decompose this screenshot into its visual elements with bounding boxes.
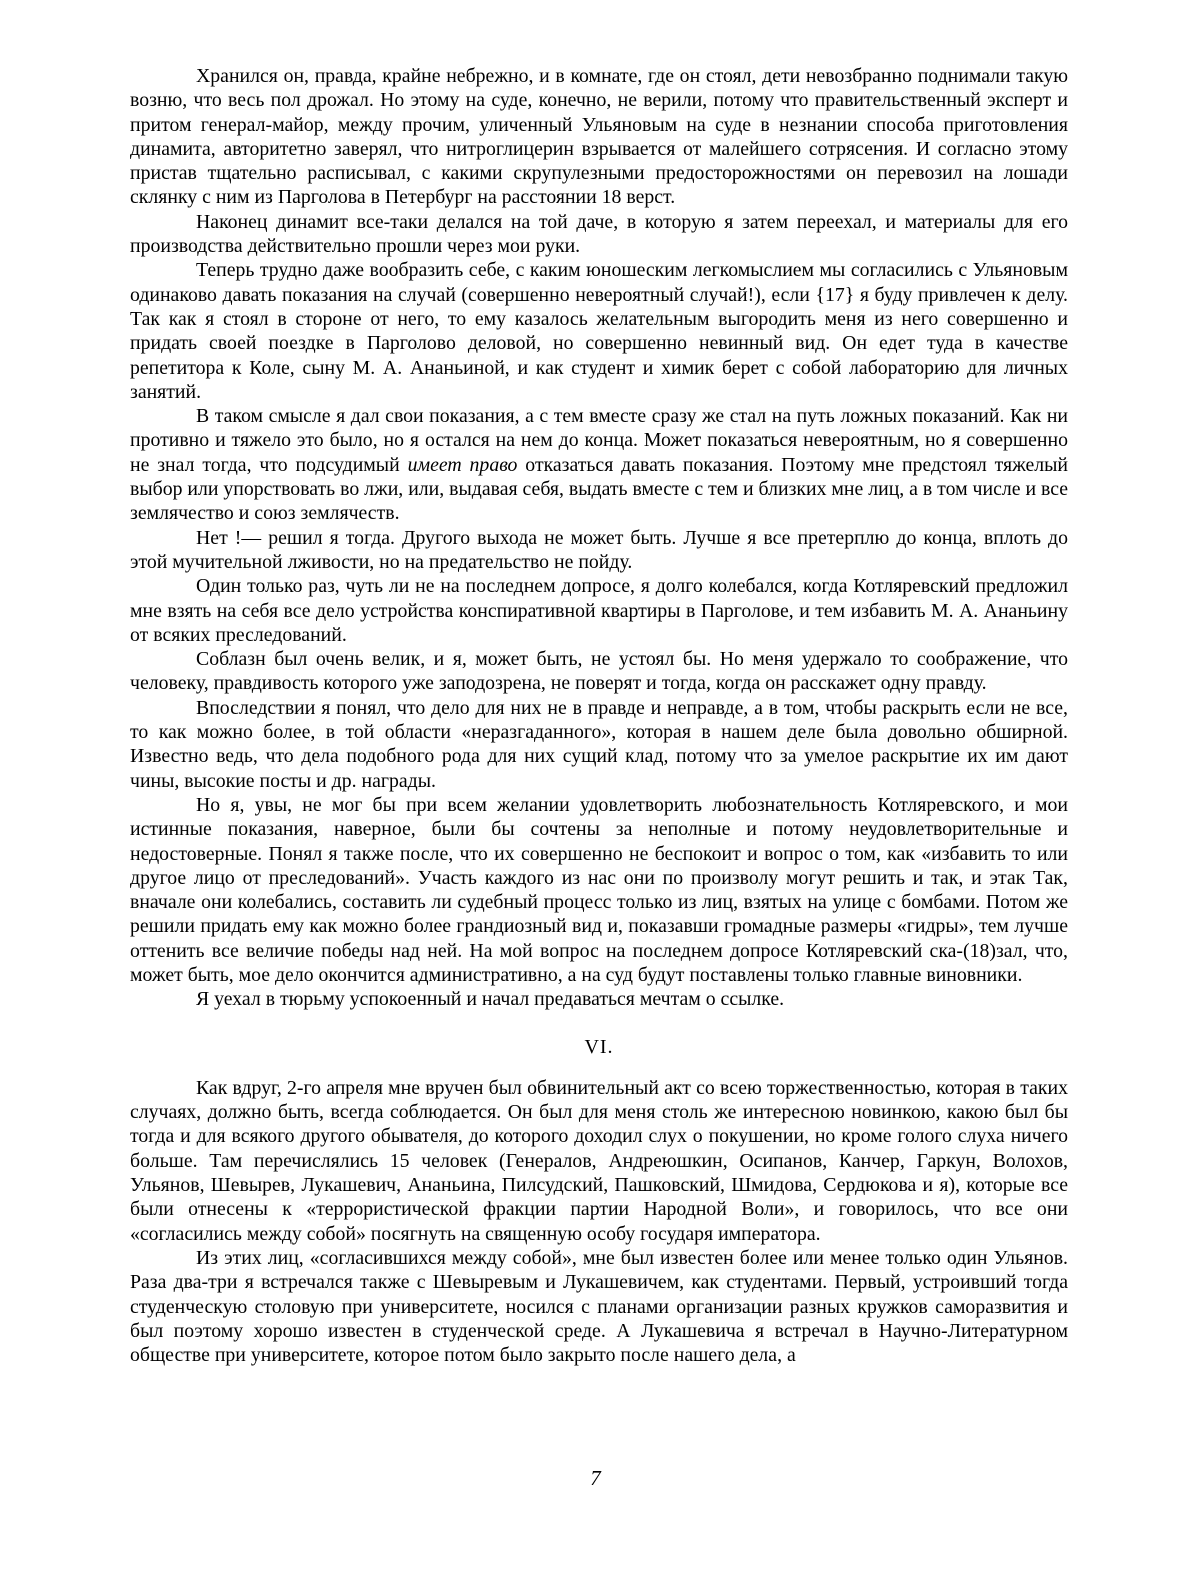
text-run: Впоследствии я понял, что дело для них н… (130, 697, 1068, 792)
text-run: VI. (584, 1036, 613, 1058)
text-body: Хранился он, правда, крайне небрежно, и … (130, 64, 1068, 1367)
paragraph: Наконец динамит все-таки делался на той … (130, 210, 1068, 259)
paragraph: Но я, увы, не мог бы при всем желании уд… (130, 793, 1068, 987)
paragraph: Я уехал в тюрьму успокоенный и начал пре… (130, 987, 1068, 1011)
text-run: Нет !— решил я тогда. Другого выхода не … (130, 527, 1068, 573)
paragraph: Хранился он, правда, крайне небрежно, и … (130, 64, 1068, 210)
section-heading: VI. (130, 1035, 1068, 1059)
document-page: Хранился он, правда, крайне небрежно, и … (0, 0, 1191, 1588)
page-number: 7 (0, 1466, 1191, 1490)
text-run: Но я, увы, не мог бы при всем желании уд… (130, 794, 1068, 986)
text-run: Соблазн был очень велик, и я, может быть… (130, 648, 1068, 694)
paragraph: В таком смысле я дал свои показания, а с… (130, 404, 1068, 525)
text-run: Один только раз, чуть ли не на последнем… (130, 575, 1068, 646)
text-run: Из этих лиц, «согласившихся между собой»… (130, 1247, 1068, 1366)
paragraph: Нет !— решил я тогда. Другого выхода не … (130, 526, 1068, 575)
paragraph: Из этих лиц, «согласившихся между собой»… (130, 1246, 1068, 1367)
paragraph: Впоследствии я понял, что дело для них н… (130, 696, 1068, 793)
text-run: Хранился он, правда, крайне небрежно, и … (130, 65, 1068, 208)
text-run: Теперь трудно даже вообразить себе, с ка… (130, 259, 1068, 402)
paragraph: Как вдруг, 2-го апреля мне вручен был об… (130, 1076, 1068, 1246)
text-run: Я уехал в тюрьму успокоенный и начал пре… (196, 988, 784, 1010)
italic-text-run: имеет право (408, 454, 518, 476)
text-run: Как вдруг, 2-го апреля мне вручен был об… (130, 1077, 1068, 1245)
paragraph: Один только раз, чуть ли не на последнем… (130, 574, 1068, 647)
paragraph: Теперь трудно даже вообразить себе, с ка… (130, 258, 1068, 404)
text-run: Наконец динамит все-таки делался на той … (130, 211, 1068, 257)
paragraph: Соблазн был очень велик, и я, может быть… (130, 647, 1068, 696)
